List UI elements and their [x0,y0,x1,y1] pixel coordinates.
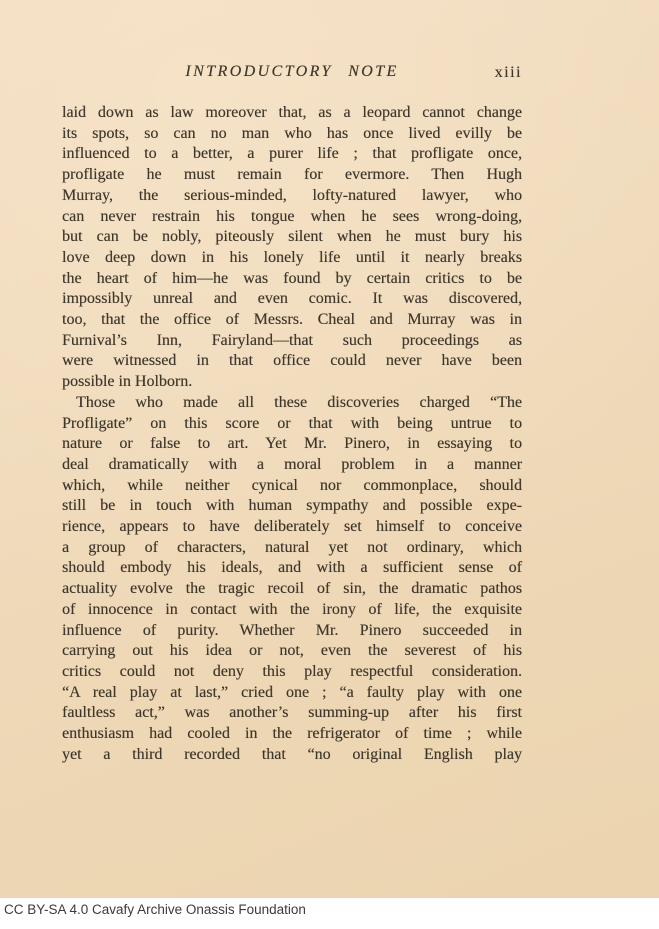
text-line: Murray, the serious-minded, lofty-nature… [62,186,522,207]
text-line: of innocence in contact with the irony o… [62,600,522,621]
running-header: INTRODUCTORY NOTE xiii [62,63,522,81]
text-line: profligate he must remain for evermore. … [62,165,522,186]
text-line: which, while neither cynical nor commonp… [62,476,522,497]
text-line: its spots, so can no man who has once li… [62,124,522,145]
text-line: influence of purity. Whether Mr. Pinero … [62,621,522,642]
license-text: CC BY-SA 4.0 Cavafy Archive Onassis Foun… [4,902,306,917]
page-number: xiii [495,64,522,82]
text-line: influenced to a better, a purer life ; t… [62,144,522,165]
paper-background: INTRODUCTORY NOTE xiii laid down as law … [0,0,659,898]
text-line: actuality evolve the tragic recoil of si… [62,579,522,600]
text-line: “A real play at last,” cried one ; “a fa… [62,683,522,704]
text-line: should embody his ideals, and with a suf… [62,558,522,579]
text-line: rience, appears to have deliberately set… [62,517,522,538]
text-line: but can be nobly, piteously silent when … [62,227,522,248]
text-line: Those who made all these discoveries cha… [62,393,522,414]
text-line: can never restrain his tongue when he se… [62,207,522,228]
text-line: love deep down in his lonely life until … [62,248,522,269]
text-line: nature or false to art. Yet Mr. Pinero, … [62,434,522,455]
text-line: yet a third recorded that “no original E… [62,745,522,766]
text-line: enthusiasm had cooled in the refrigerato… [62,724,522,745]
text-line: Profligate” on this score or that with b… [62,414,522,435]
scanned-book-page: INTRODUCTORY NOTE xiii laid down as law … [0,0,659,929]
body-text: laid down as law moreover that, as a leo… [62,103,522,766]
text-line: possible in Holborn. [62,372,522,393]
text-line: carrying out his idea or not, even the s… [62,641,522,662]
text-line: the heart of him—he was found by certain… [62,269,522,290]
text-line: impossibly unreal and even comic. It was… [62,289,522,310]
text-line: Furnival’s Inn, Fairyland—that such proc… [62,331,522,352]
text-line: deal dramatically with a moral problem i… [62,455,522,476]
text-line: a group of characters, natural yet not o… [62,538,522,559]
text-line: were witnessed in that office could neve… [62,351,522,372]
license-bar: CC BY-SA 4.0 Cavafy Archive Onassis Foun… [0,898,659,929]
text-line: faultless act,” was another’s summing-up… [62,703,522,724]
text-line: too, that the office of Messrs. Cheal an… [62,310,522,331]
text-block: INTRODUCTORY NOTE xiii laid down as law … [62,63,522,766]
text-line: still be in touch with human sympathy an… [62,496,522,517]
text-line: critics could not deny this play respect… [62,662,522,683]
page-title: INTRODUCTORY NOTE [185,63,398,80]
text-line: laid down as law moreover that, as a leo… [62,103,522,124]
